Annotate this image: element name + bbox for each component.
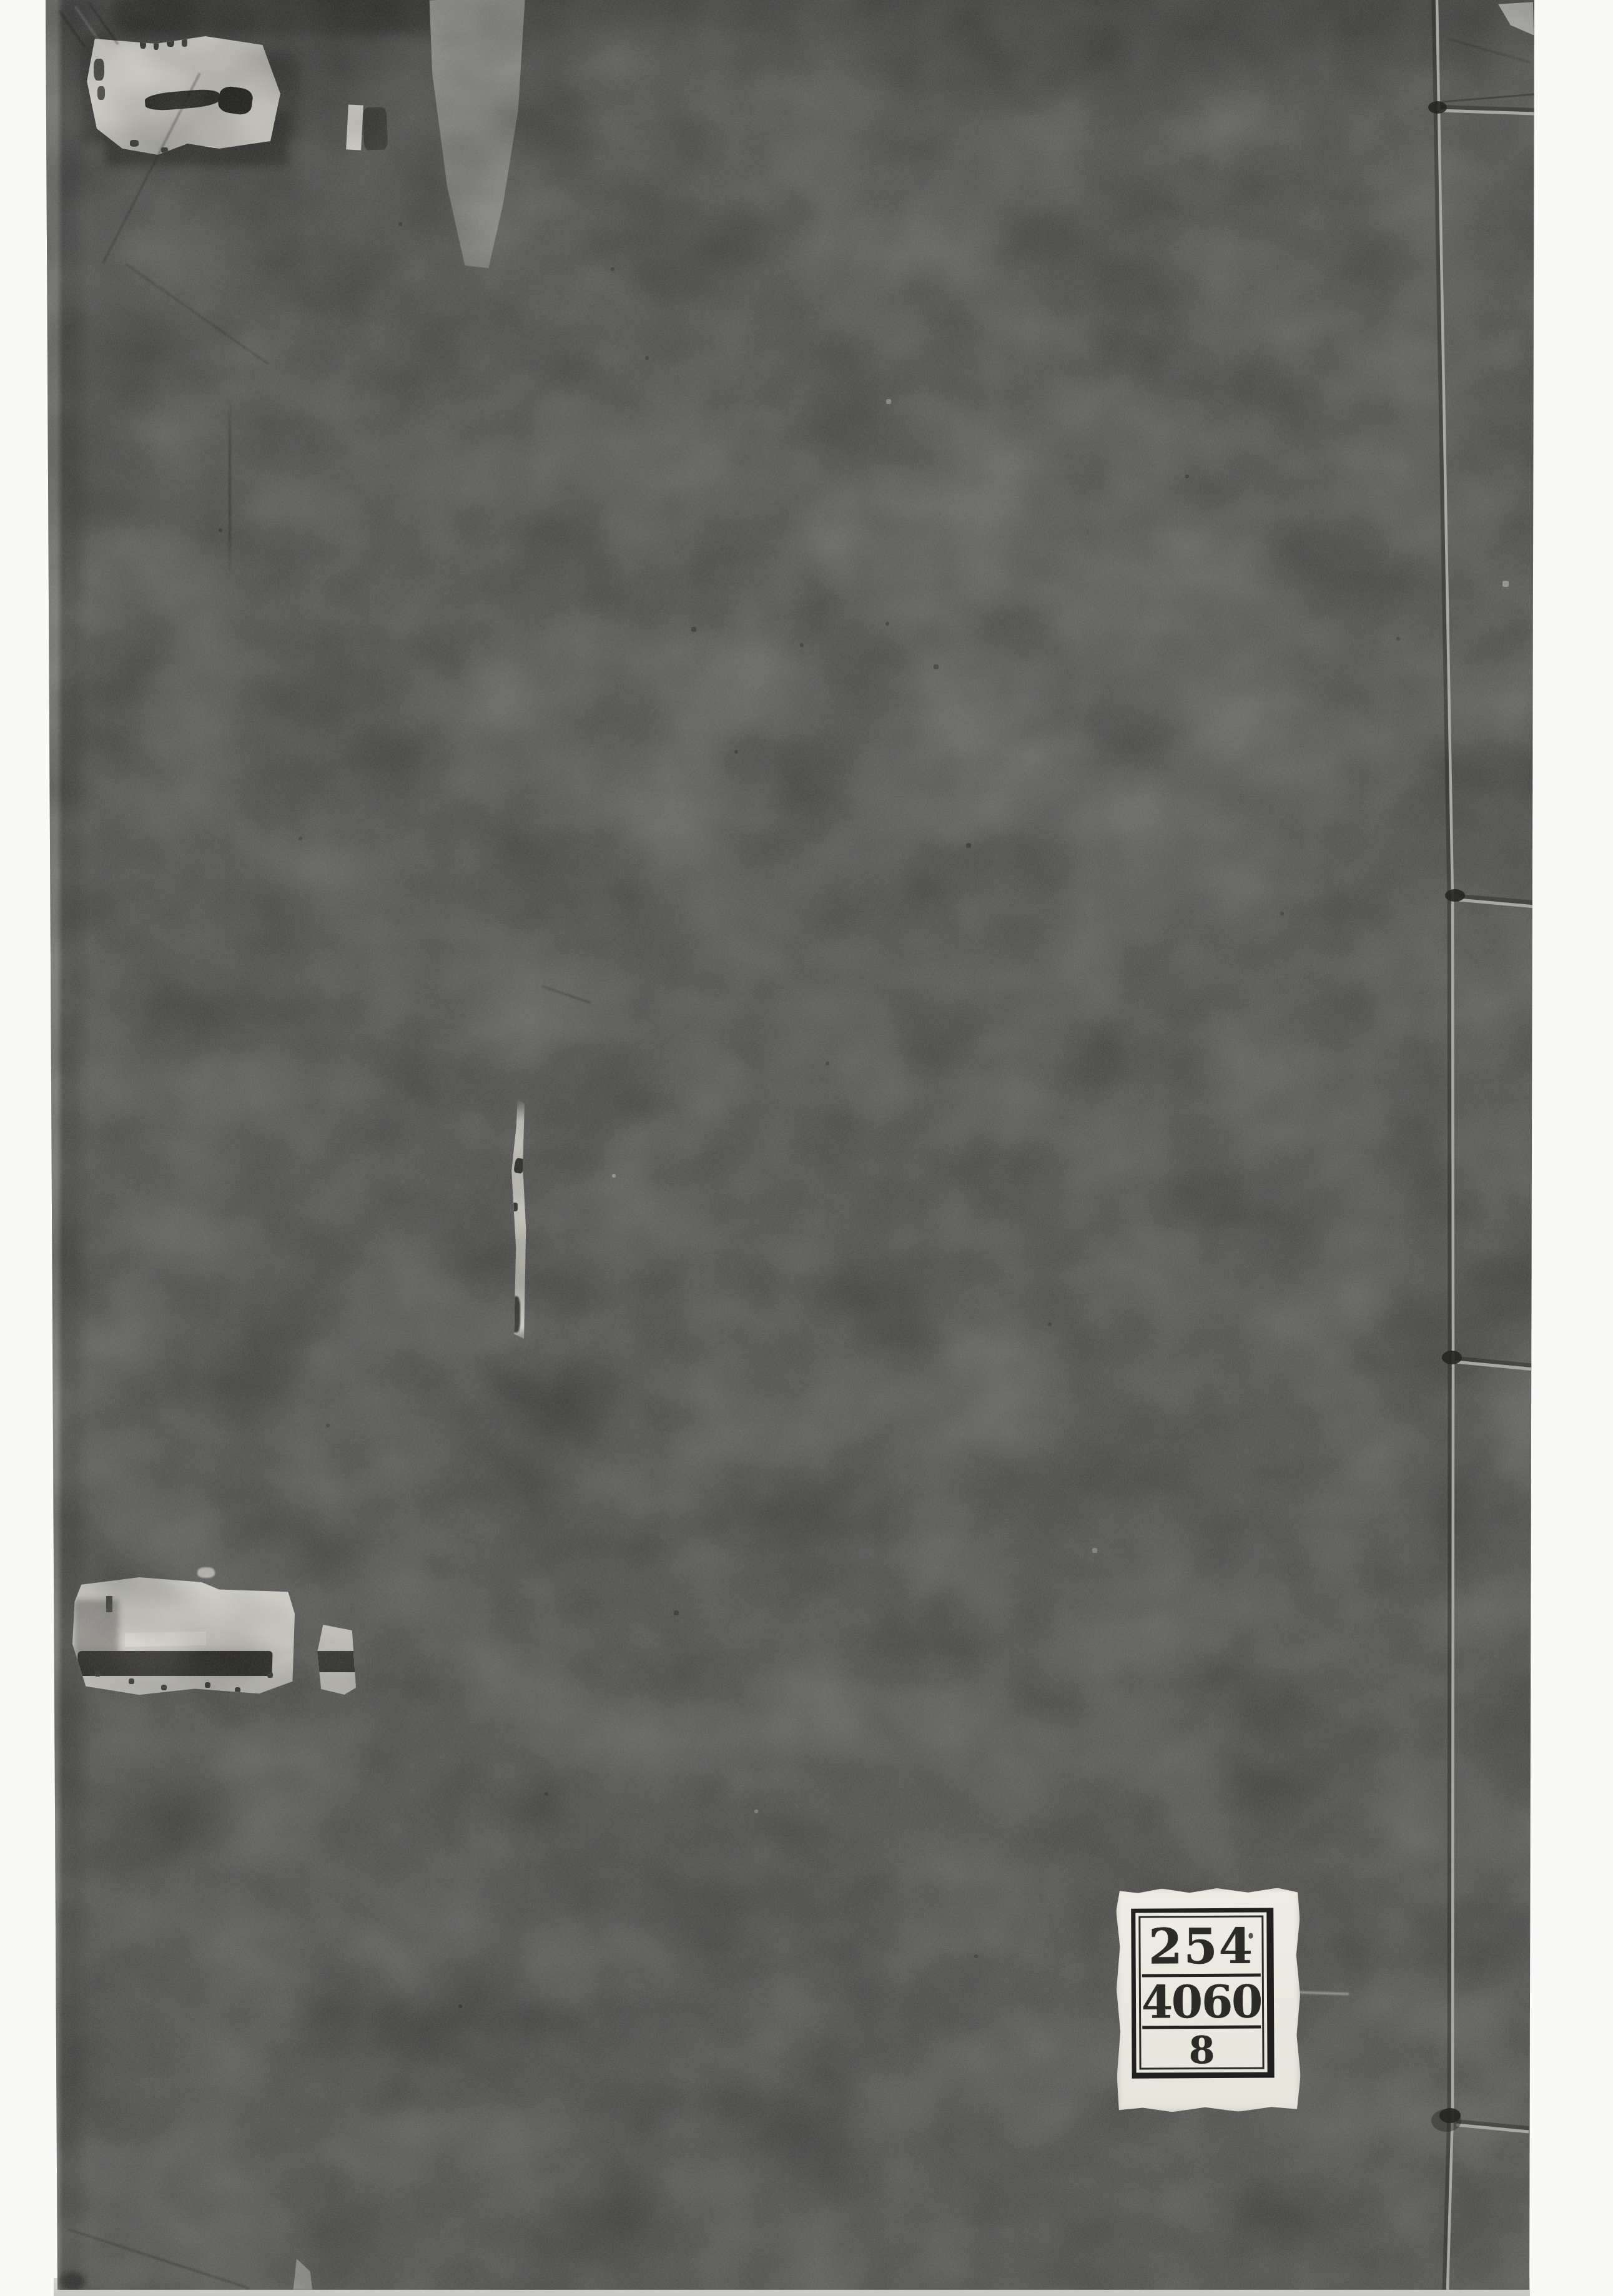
- binding-thread-vertical: [1437, 0, 1453, 2290]
- crease-line: [124, 262, 269, 365]
- speck: [205, 1682, 210, 1688]
- faded-patch-top: [428, 0, 527, 271]
- speck: [95, 1671, 101, 1677]
- crease-line: [541, 985, 591, 1004]
- ink-mark: [106, 1596, 112, 1612]
- call-number-part-2: 4060: [1142, 1974, 1262, 2028]
- stitch-smudge-4: [1431, 2109, 1461, 2132]
- top-edge-wear: [112, 0, 475, 35]
- dark-fleck: [513, 1158, 525, 1174]
- binding-thread-horizontal-4: [1456, 2125, 1529, 2132]
- ink-mark: [140, 36, 146, 49]
- thread-shadow: [1459, 897, 1534, 903]
- binding-thread-horizontal-1: [1440, 111, 1534, 114]
- ink-mark: [94, 59, 104, 81]
- stitch-knot-1: [1428, 101, 1447, 114]
- abrasion-streak-left: [510, 1099, 530, 1339]
- torn-label-remnant-top-left: [85, 32, 282, 157]
- strip-dark-band: [77, 1651, 272, 1676]
- spine-fold-shading: [46, 0, 105, 2290]
- speck: [235, 1687, 240, 1693]
- dust-specks-light: [0, 0, 1, 1]
- speck: [129, 1678, 134, 1684]
- speck: [161, 1685, 167, 1690]
- label-row-2: 4060: [1142, 1974, 1261, 2026]
- ink-mark: [182, 38, 187, 47]
- strip-dark-band: [317, 1651, 356, 1672]
- ink-mark: [97, 86, 105, 100]
- ink-mark: [167, 36, 174, 47]
- call-number-part-1: 254: [1148, 1918, 1254, 1975]
- call-number-part-3: 8: [1188, 2029, 1215, 2072]
- paper-chip: [346, 104, 363, 150]
- paper-chip-dark: [363, 107, 388, 150]
- torn-paper-strip-fragment: [317, 1625, 356, 1695]
- label-rows: 254 4060 8: [1142, 1919, 1261, 2067]
- dark-fleck: [510, 1296, 520, 1333]
- scanned-book-cover: 254 4060 8: [0, 0, 1613, 2296]
- label-inner-border: 254 4060 8: [1138, 1916, 1264, 2070]
- scratch-line: [1298, 1991, 1349, 1996]
- thread-shadow: [1440, 107, 1534, 111]
- binding-thread-horizontal-3: [1456, 1362, 1534, 1369]
- call-number-label: 254 4060 8: [1116, 1888, 1301, 2112]
- label-row-1: 254: [1142, 1919, 1260, 1974]
- stitch-knot-3: [1442, 1351, 1462, 1364]
- stitch-knot-4: [1439, 2108, 1461, 2123]
- dark-fleck: [511, 1203, 518, 1211]
- stitch-knot-2: [1445, 889, 1465, 902]
- ink-mark: [154, 40, 159, 50]
- crease-near-stitch: [1443, 94, 1534, 102]
- bottom-edge-wear: [291, 2257, 313, 2290]
- worn-corner-top-right: [1496, 1, 1535, 37]
- label-row-3: 8: [1142, 2026, 1261, 2073]
- crease-line: [1447, 37, 1531, 64]
- book-cover: 254 4060 8: [0, 0, 1613, 2296]
- thread-shadow: [1434, 0, 1451, 2290]
- strip-light-slot: [125, 1632, 206, 1647]
- paper-nub: [197, 1567, 215, 1578]
- label-outer-border: 254 4060 8: [1131, 1908, 1274, 2078]
- torn-paper-strip-bottom-left: [72, 1577, 295, 1698]
- binding-thread-horizontal-2: [1459, 900, 1534, 907]
- speck: [267, 1672, 273, 1678]
- dust-specks-dark: [0, 0, 1, 1]
- corner-blot: [59, 2272, 85, 2290]
- ink-mark: [217, 85, 254, 116]
- thread-shadow: [1456, 1359, 1534, 1366]
- label-speck: [1248, 1933, 1253, 1939]
- crease-line: [229, 400, 231, 571]
- thread-shadow: [1456, 2122, 1529, 2129]
- ink-mark: [130, 140, 139, 147]
